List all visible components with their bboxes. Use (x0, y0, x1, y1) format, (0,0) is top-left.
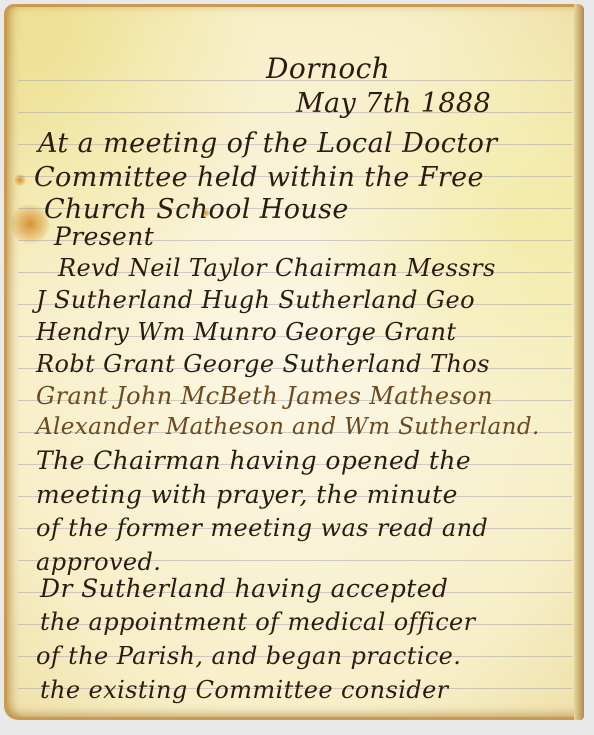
minute-line: J Sutherland Hugh Sutherland Geo (36, 286, 475, 314)
minute-line: The Chairman having opened the (36, 446, 471, 475)
heading-date: May 7th 1888 (296, 88, 491, 119)
page-spine-edge (574, 4, 584, 720)
minute-line: Revd Neil Taylor Chairman Messrs (58, 254, 496, 282)
minute-line: of the former meeting was read and (36, 514, 488, 542)
minute-line: approved. (36, 548, 161, 576)
minute-line: Church School House (44, 194, 349, 225)
minute-line: Hendry Wm Munro George Grant (36, 318, 456, 346)
minute-line: the appointment of medical officer (40, 608, 476, 636)
minute-line: of the Parish, and began practice. (36, 642, 461, 670)
minute-line: At a meeting of the Local Doctor (38, 128, 498, 159)
minute-line: Grant John McBeth James Matheson (36, 382, 493, 410)
minute-line: meeting with prayer, the minute (36, 480, 458, 509)
minute-line: Present (54, 222, 154, 251)
minute-line: Alexander Matheson and Wm Sutherland. (36, 414, 540, 440)
minute-line: Dr Sutherland having accepted (40, 574, 448, 603)
minute-line: Committee held within the Free (34, 162, 484, 193)
minute-line: Robt Grant George Sutherland Thos (36, 350, 490, 378)
minute-line: the existing Committee consider (40, 676, 449, 704)
manuscript-page: Dornoch May 7th 1888 At a meeting of the… (4, 4, 584, 720)
heading-place: Dornoch (266, 52, 390, 85)
